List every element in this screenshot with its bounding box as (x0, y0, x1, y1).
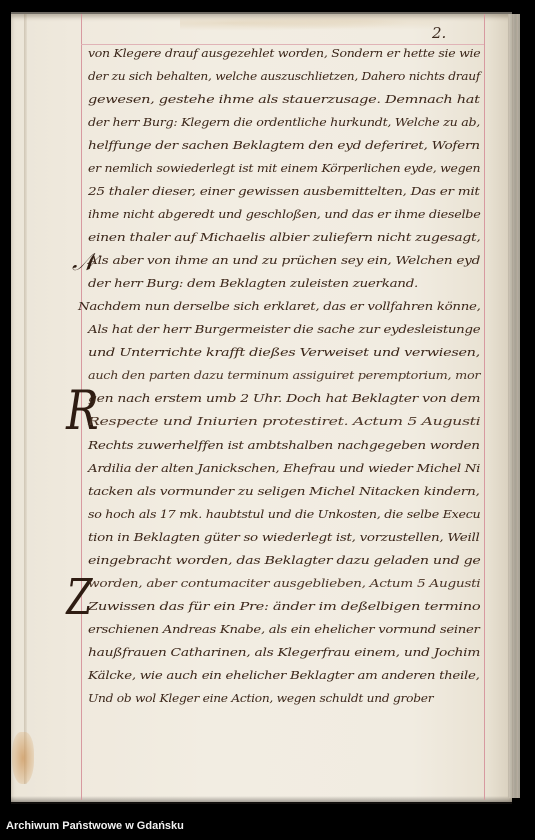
text-line: der herr Burg: Klegern die ordentliche h… (88, 115, 480, 129)
text-line: Rechts zuwerhelffen ist ambtshalben nach… (88, 438, 480, 452)
text-line: gewesen, gestehe ihme als stauerzusage. … (88, 92, 480, 106)
text-line: tion in Beklagten güter so wiederlegt is… (88, 530, 480, 544)
folio-number: 2. (432, 24, 446, 42)
text-line: und Unterrichte krafft dießes Verweiset … (88, 345, 480, 359)
text-line: Und ob wol Kleger eine Action, wegen sch… (88, 691, 433, 705)
text-line: haußfrauen Catharinen, als Klegerfrau ei… (88, 645, 480, 659)
text-line: erschienen Andreas Knabe, als ein ehelic… (88, 622, 480, 636)
text-line: gen nach erstem umb 2 Uhr. Doch hat Bekl… (88, 391, 480, 405)
archive-caption: Archiwum Państwowe w Gdańsku (6, 820, 184, 832)
text-line: Als aber von ihme an und zu prüchen sey … (88, 253, 480, 267)
text-line: Als hat der herr Burgermeister die sache… (88, 322, 480, 336)
text-line: er nemlich sowiederlegt ist mit einem Kö… (88, 161, 480, 175)
text-line: so hoch als 17 mk. haubtstul und die Unk… (88, 507, 480, 521)
top-margin-rule (81, 44, 484, 45)
text-line: Nachdem nun derselbe sich erklaret, das … (78, 299, 481, 313)
text-line: Zuwissen das für ein Pre: änder im deßel… (88, 599, 480, 613)
top-stains (180, 14, 440, 32)
text-line: von Klegere drauf ausgezehlet worden, So… (88, 46, 480, 60)
page-fold (24, 14, 27, 784)
text-line: auch den parten dazu terminum assiguiret… (88, 368, 480, 382)
page-edge-stack (508, 14, 520, 798)
water-stain (12, 732, 34, 784)
text-line: helffunge der sachen Beklagtem den eyd d… (88, 138, 480, 152)
text-line: einen thaler auf Michaelis albier zulief… (88, 230, 480, 244)
text-line: 25 thaler dieser, einer gewissen ausbemi… (88, 184, 480, 198)
right-margin-rule (484, 14, 485, 800)
text-line: der zu sich behalten, welche auszuschlie… (88, 69, 480, 83)
document-viewer: 2. 𝒩 R Z von Klegere drauf ausgezehlet w… (0, 0, 535, 840)
text-line: eingebracht worden, das Beklagter dazu g… (88, 553, 481, 567)
text-line: Ardilia der alten Janickschen, Ehefrau u… (88, 461, 480, 475)
text-line: worden, aber contumaciter ausgeblieben, … (88, 576, 480, 590)
text-line: Respecte und Iniurien protestiret. Actum… (88, 414, 480, 428)
text-line: tacken als vormunder zu seligen Michel N… (88, 484, 480, 498)
text-line: der herr Burg: dem Beklagten zuleisten z… (88, 276, 418, 290)
text-line: Kälcke, wie auch ein ehelicher Beklagter… (88, 668, 480, 682)
text-line: ihme nicht abgeredt und geschloßen, und … (88, 207, 481, 221)
